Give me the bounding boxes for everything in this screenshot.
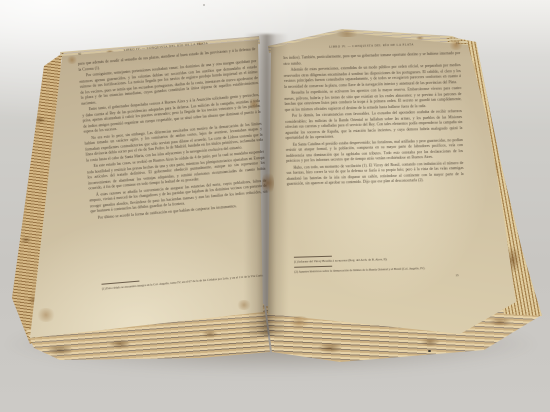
right-page-number: 93 — [456, 41, 459, 45]
left-page-number: 92 — [78, 52, 81, 56]
gutter-shadow — [244, 34, 288, 336]
dust-speck — [203, 4, 205, 6]
photo-of-open-book: 92 LIBRO IV. — CONQUISTA DEL RÍO DE LA P… — [0, 0, 550, 412]
body-paragraph: Por lo demás, las circunstancias eran fa… — [285, 109, 463, 141]
footnote-rule — [294, 256, 332, 258]
footnote-rule — [294, 266, 332, 268]
right-page-text: LIBRO IV. — CONQUISTA DEL RÍO DE LA PLAT… — [283, 41, 467, 281]
right-body-text: los indios). También, particularmente, p… — [283, 51, 465, 254]
dust-speck — [428, 350, 431, 352]
body-paragraph: Hubo, con todo, un momento de vacilación… — [286, 161, 464, 188]
